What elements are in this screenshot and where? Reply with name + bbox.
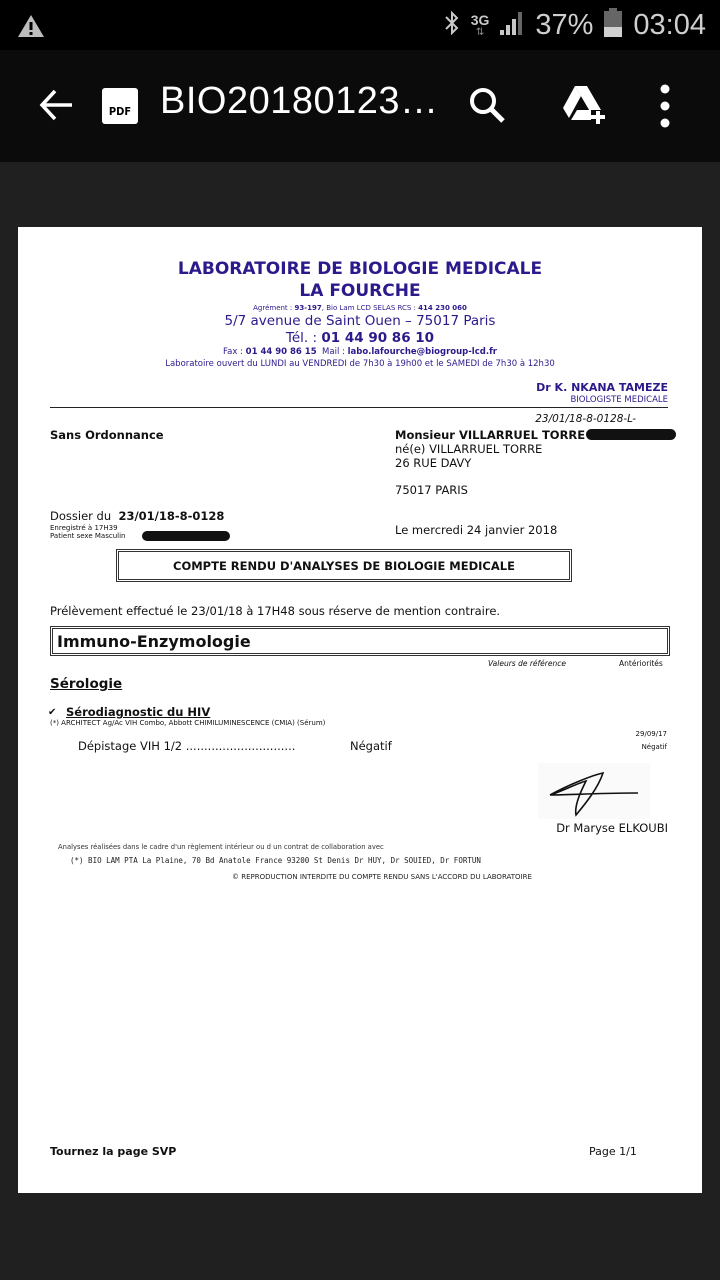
test-name: Sérodiagnostic du HIV — [66, 705, 210, 719]
doctor-title: BIOLOGISTE MEDICALE — [570, 395, 668, 405]
previous-date: 29/09/17 — [636, 730, 667, 738]
more-vert-icon[interactable] — [655, 84, 675, 132]
lab-name-line2: LA FOURCHE — [18, 281, 702, 301]
redacted-first-name — [586, 429, 676, 440]
col-reference-values: Valeurs de référence — [488, 659, 566, 668]
section-title: Immuno-Enzymologie — [57, 632, 251, 651]
collaboration-note: Analyses réalisées dans le cadre d'un rè… — [58, 843, 384, 851]
report-title-box: COMPTE RENDU D'ANALYSES DE BIOLOGIE MEDI… — [116, 549, 572, 582]
result-value: Négatif — [350, 739, 392, 753]
patient-street: 26 RUE DAVY — [395, 456, 471, 470]
col-previous-results: Antériorités — [619, 659, 663, 668]
previous-value: Négatif — [642, 743, 667, 751]
lab-fax-mail: Fax : 01 44 90 86 15 Mail : labo.lafourc… — [18, 347, 702, 357]
lab-phone: Tél. : 01 44 90 86 10 — [18, 330, 702, 346]
footer-turn-page: Tournez la page SVP — [50, 1145, 176, 1158]
lab-hours: Laboratoire ouvert du LUNDI au VENDREDI … — [18, 359, 702, 369]
3g-data-icon: 3G ⇅ — [471, 12, 490, 38]
reference-number: 23/01/18-8-0128-L- — [535, 413, 636, 425]
report-title: COMPTE RENDU D'ANALYSES DE BIOLOGIE MEDI… — [173, 559, 515, 573]
redacted-field — [142, 531, 230, 541]
app-bar: PDF BIO20180123… — [0, 50, 720, 162]
patient-name: Monsieur VILLARRUEL TORRE — [395, 428, 585, 442]
copyright-notice: © REPRODUCTION INTERDITE DU COMPTE RENDU… — [232, 873, 532, 881]
lab-agrement: Agrément : 93-197, Bio Lam LCD SELAS RCS… — [18, 304, 702, 312]
pdf-file-icon: PDF — [102, 88, 138, 124]
arrow-left-icon[interactable] — [38, 86, 76, 128]
header-divider — [50, 407, 668, 408]
signature-icon — [538, 763, 650, 819]
page-number: Page 1/1 — [589, 1145, 637, 1158]
pdf-page: LABORATOIRE DE BIOLOGIE MEDICALE LA FOUR… — [18, 227, 702, 1193]
doctor-name: Dr K. NKANA TAMEZE — [536, 381, 668, 394]
section-box: Immuno-Enzymologie — [50, 626, 670, 656]
patient-city: 75017 PARIS — [395, 483, 468, 497]
test-method: (*) ARCHITECT Ag/Ac VIH Combo, Abbott CH… — [50, 719, 325, 727]
subsection-title: Sérologie — [50, 676, 122, 692]
registered-time: Enregistré à 17H39 — [50, 524, 118, 532]
signal-icon — [499, 10, 525, 41]
battery-icon — [603, 8, 623, 43]
check-icon: ✔ — [48, 707, 56, 718]
bluetooth-icon — [443, 10, 461, 41]
drive-add-icon[interactable] — [561, 84, 607, 132]
result-label: Dépistage VIH 1/2 ......................… — [78, 739, 295, 753]
status-bar: 3G ⇅ 37% 03:04 — [0, 0, 720, 50]
signature-name: Dr Maryse ELKOUBI — [556, 821, 668, 835]
battery-percent: 37% — [535, 9, 593, 42]
lab-address: 5/7 avenue de Saint Ouen – 75017 Paris — [18, 313, 702, 329]
prescription-status: Sans Ordonnance — [50, 428, 164, 442]
signature-image — [538, 763, 650, 819]
dossier: Dossier du 23/01/18-8-0128 — [50, 509, 224, 523]
warning-icon — [17, 14, 45, 42]
clock: 03:04 — [633, 9, 706, 42]
pdf-viewer[interactable]: LABORATOIRE DE BIOLOGIE MEDICALE LA FOUR… — [0, 162, 720, 1280]
patient-birth-name: né(e) VILLARRUEL TORRE — [395, 442, 542, 456]
document-title: BIO20180123… — [160, 80, 439, 123]
sampling-note: Prélèvement effectué le 23/01/18 à 17H48… — [50, 604, 500, 618]
report-date: Le mercredi 24 janvier 2018 — [395, 523, 557, 537]
collaboration-lab: (*) BIO LAM PTA La Plaine, 70 Bd Anatole… — [70, 856, 481, 865]
search-icon[interactable] — [468, 86, 508, 130]
lab-name-line1: LABORATOIRE DE BIOLOGIE MEDICALE — [18, 259, 702, 279]
patient-sex: Patient sexe Masculin — [50, 532, 125, 540]
